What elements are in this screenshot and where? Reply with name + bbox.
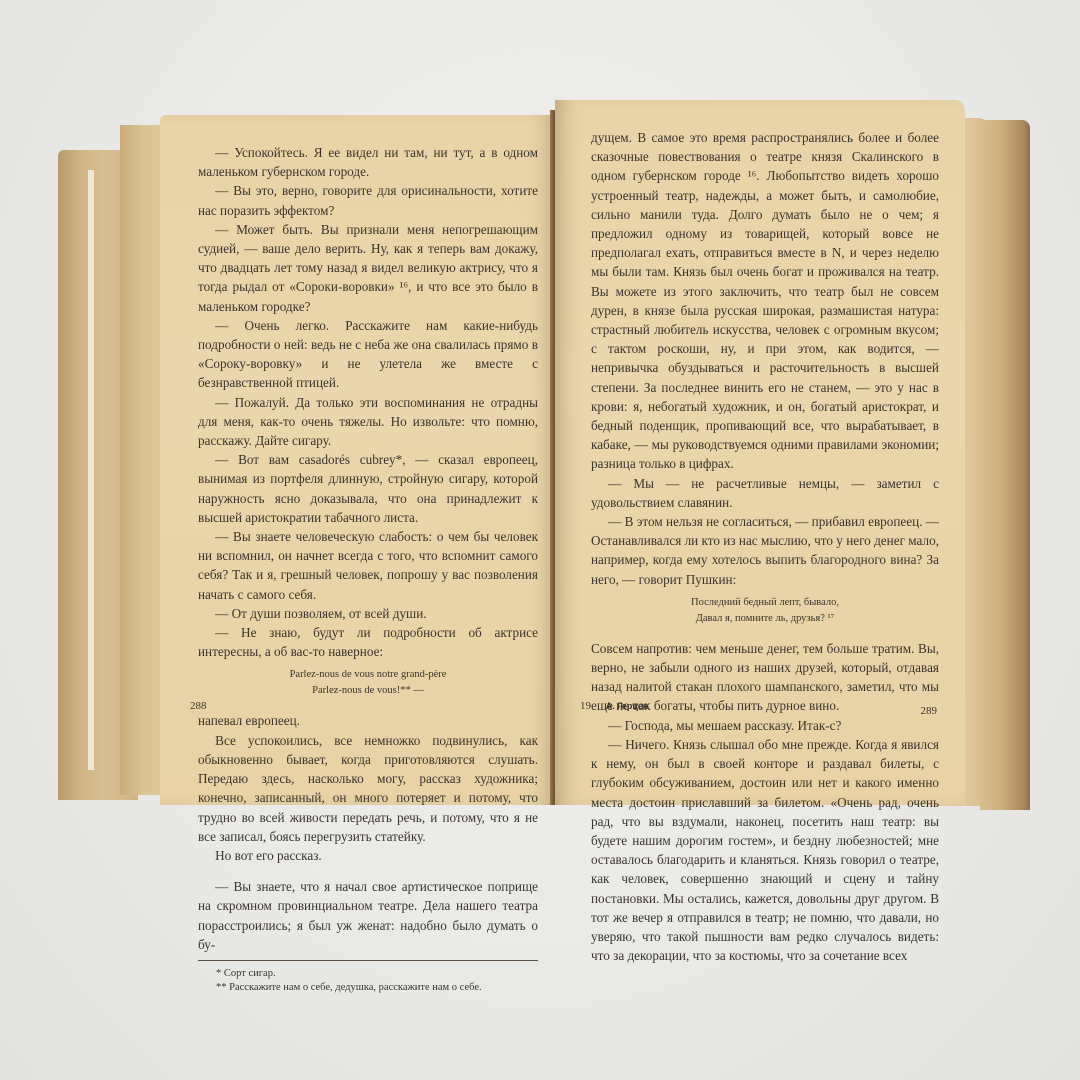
signature-number: 19 xyxy=(580,700,591,712)
left-page-text: — Успокойтесь. Я ее видел ни там, ни тут… xyxy=(198,143,538,995)
paragraph: — Мы — не расчетливые немцы, — заметил с… xyxy=(591,474,939,512)
paragraph: — Ничего. Князь слышал обо мне прежде. К… xyxy=(591,735,939,965)
verse-line: Последний бедный лепт, бывало, xyxy=(591,595,939,611)
paragraph: дущем. В самое это время распространялис… xyxy=(591,128,939,474)
paragraph: — Не знаю, будут ли подробности об актри… xyxy=(198,623,538,661)
paragraph: — Господа, мы мешаем рассказу. Итак-с? xyxy=(591,716,939,735)
paragraph: напевал европеец. xyxy=(198,711,538,730)
paragraph: — Вы знаете человеческую слабость: о чем… xyxy=(198,527,538,604)
signature-author: А. Герцен xyxy=(606,701,649,711)
footnote: ** Расскажите нам о себе, дедушка, расск… xyxy=(216,981,538,995)
footnote: * Сорт сигар. xyxy=(216,967,538,981)
paragraph: — Вы это, верно, говорите для орисинальн… xyxy=(198,181,538,219)
left-page: — Успокойтесь. Я ее видел ни там, ни тут… xyxy=(160,115,555,805)
paragraph: Но вот его рассказ. xyxy=(198,846,538,865)
footnote-divider xyxy=(198,960,538,961)
paragraph: — Успокойтесь. Я ее видел ни там, ни тут… xyxy=(198,143,538,181)
printer-signature: 19 А. Герцен xyxy=(580,700,648,712)
verse-line: Давал я, помните ль, друзья? ¹⁷ xyxy=(591,611,939,627)
story-start-paragraph: — Вы знаете, что я начал свое артистичес… xyxy=(198,877,538,954)
paragraph: — В этом нельзя не согласиться, — прибав… xyxy=(591,512,939,589)
open-book: — Успокойтесь. Я ее видел ни там, ни тут… xyxy=(0,0,1080,1080)
paragraph: — Очень легко. Расскажите нам какие-нибу… xyxy=(198,316,538,393)
verse-line: Parlez-nous de vous notre grand-père xyxy=(198,667,538,683)
paragraph: — От души позволяем, от всей души. xyxy=(198,604,538,623)
paragraph: — Вот вам casadorés cubrey*, — сказал ев… xyxy=(198,450,538,527)
right-page: дущем. В самое это время распространялис… xyxy=(555,100,965,805)
right-page-text: дущем. В самое это время распространялис… xyxy=(591,128,939,965)
verse-line: Parlez-nous de vous!** — xyxy=(198,683,538,699)
cover-spine-strip xyxy=(88,170,94,770)
paragraph: Все успокоились, все немножко подвинулис… xyxy=(198,731,538,846)
paragraph: — Пожалуй. Да только эти воспоминания не… xyxy=(198,393,538,451)
french-verse: Parlez-nous de vous notre grand-père Par… xyxy=(198,667,538,699)
paragraph: — Может быть. Вы признали меня непогреша… xyxy=(198,220,538,316)
page-number-left: 288 xyxy=(190,700,207,712)
page-number-right: 289 xyxy=(921,705,938,717)
pushkin-verse: Последний бедный лепт, бывало, Давал я, … xyxy=(591,595,939,627)
